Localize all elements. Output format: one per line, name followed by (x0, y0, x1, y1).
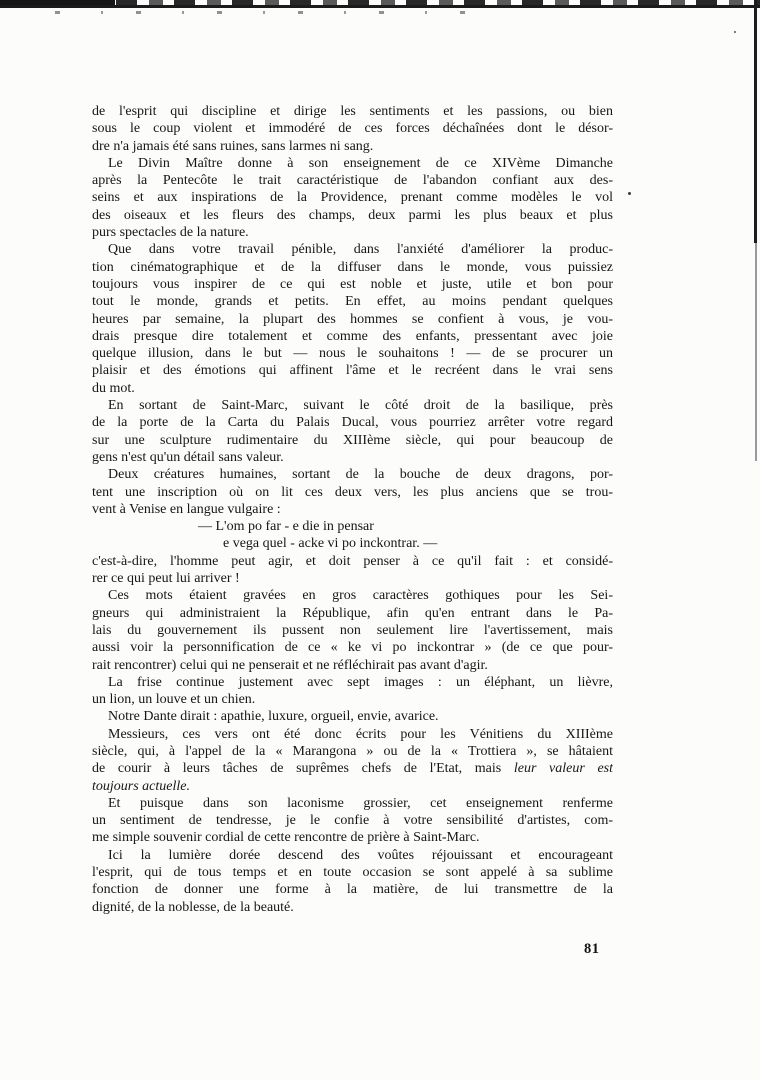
text-line: En sortant de Saint-Marc, suivant le côt… (92, 397, 613, 414)
text-line: me simple souvenir cordial de cette renc… (92, 829, 613, 846)
text-line: — L'om po far - e die in pensar (92, 518, 613, 535)
text-line: Et puisque dans son laconisme grossier, … (92, 795, 613, 812)
text-line: dignité, de la noblesse, de la beauté. (92, 899, 613, 916)
text-line: Messieurs, ces vers ont été donc écrits … (92, 726, 613, 743)
text-line: fonction de donner une forme à la matièr… (92, 881, 613, 898)
text-line: toujours vous inspirer de ce qui est nob… (92, 276, 613, 293)
text-line: tent une inscription où on lit ces deux … (92, 484, 613, 501)
scan-speckles (55, 11, 485, 14)
text-line: un lion, un louve et un chien. (92, 691, 613, 708)
text-line: Le Divin Maître donne à son enseignement… (92, 155, 613, 172)
scan-edge-artifact-right-light (755, 243, 757, 461)
text-line: du mot. (92, 380, 613, 397)
text-line: lais du gouvernement ils pussent non seu… (92, 622, 613, 639)
scan-edge-artifact-right-dark (754, 0, 757, 243)
text-line: heures par semaine, la plupart des homme… (92, 311, 613, 328)
text-line: des oiseaux et les fleurs des champs, de… (92, 207, 613, 224)
text-line: La frise continue justement avec sept im… (92, 674, 613, 691)
text-line: gens n'est qu'un détail sans valeur. (92, 449, 613, 466)
text-line: Que dans votre travail pénible, dans l'a… (92, 241, 613, 258)
text-line: un sentiment de tendresse, je le confie … (92, 812, 613, 829)
text-line: Ces mots étaient gravées en gros caractè… (92, 587, 613, 604)
text-line: drais presque dire totalement et comme d… (92, 328, 613, 345)
text-line: aussi voir la personnification de ce « k… (92, 639, 613, 656)
text-line: vent à Venise en langue vulgaire : (92, 501, 613, 518)
text-line: dre n'a jamais été sans ruines, sans lar… (92, 138, 613, 155)
scan-ink-spot (628, 192, 631, 195)
text-line: rer ce qui peut lui arriver ! (92, 570, 613, 587)
text-line: de la porte de la Carta du Palais Ducal,… (92, 414, 613, 431)
body-text: de l'esprit qui discipline et dirige les… (92, 103, 613, 916)
text-line: sous le coup violent et immodéré de ces … (92, 120, 613, 137)
text-line: de l'esprit qui discipline et dirige les… (92, 103, 613, 120)
text-line: l'esprit, qui de tous temps et en toute … (92, 864, 613, 881)
scan-edge-rule-top (0, 5, 760, 8)
text-line: après la Pentecôte le trait caractéristi… (92, 172, 613, 189)
scanned-document-page: de l'esprit qui discipline et dirige les… (0, 0, 760, 1080)
text-line: tout le monde, grands et petits. En effe… (92, 293, 613, 310)
text-line: siècle, qui, à l'appel de la « Marangona… (92, 743, 613, 760)
text-line: Deux créatures humaines, sortant de la b… (92, 466, 613, 483)
page-number: 81 (584, 941, 624, 958)
text-line: rait rencontrer) celui qui ne penserait … (92, 657, 613, 674)
text-line: gneurs qui administraient la République,… (92, 605, 613, 622)
text-line: c'est-à-dire, l'homme peut agir, et doit… (92, 553, 613, 570)
text-line: sur une sculpture rudimentaire du XIIIèm… (92, 432, 613, 449)
scan-ink-spot (734, 31, 736, 33)
text-line: plaisir et des émotions qui affinent l'â… (92, 362, 613, 379)
text-line: purs spectacles de la nature. (92, 224, 613, 241)
text-line: e vega quel - acke vi po inckontrar. — (92, 535, 613, 552)
text-line: Ici la lumière dorée descend des voûtes … (92, 847, 613, 864)
text-line: tion cinématographique et de la diffuser… (92, 259, 613, 276)
text-line: Notre Dante dirait : apathie, luxure, or… (92, 708, 613, 725)
text-line: toujours actuelle. (92, 778, 613, 795)
text-line: seins et aux inspirations de la Providen… (92, 189, 613, 206)
text-line: quelque illusion, dans le but — nous le … (92, 345, 613, 362)
text-line: de courir à leurs tâches de suprêmes che… (92, 760, 613, 777)
